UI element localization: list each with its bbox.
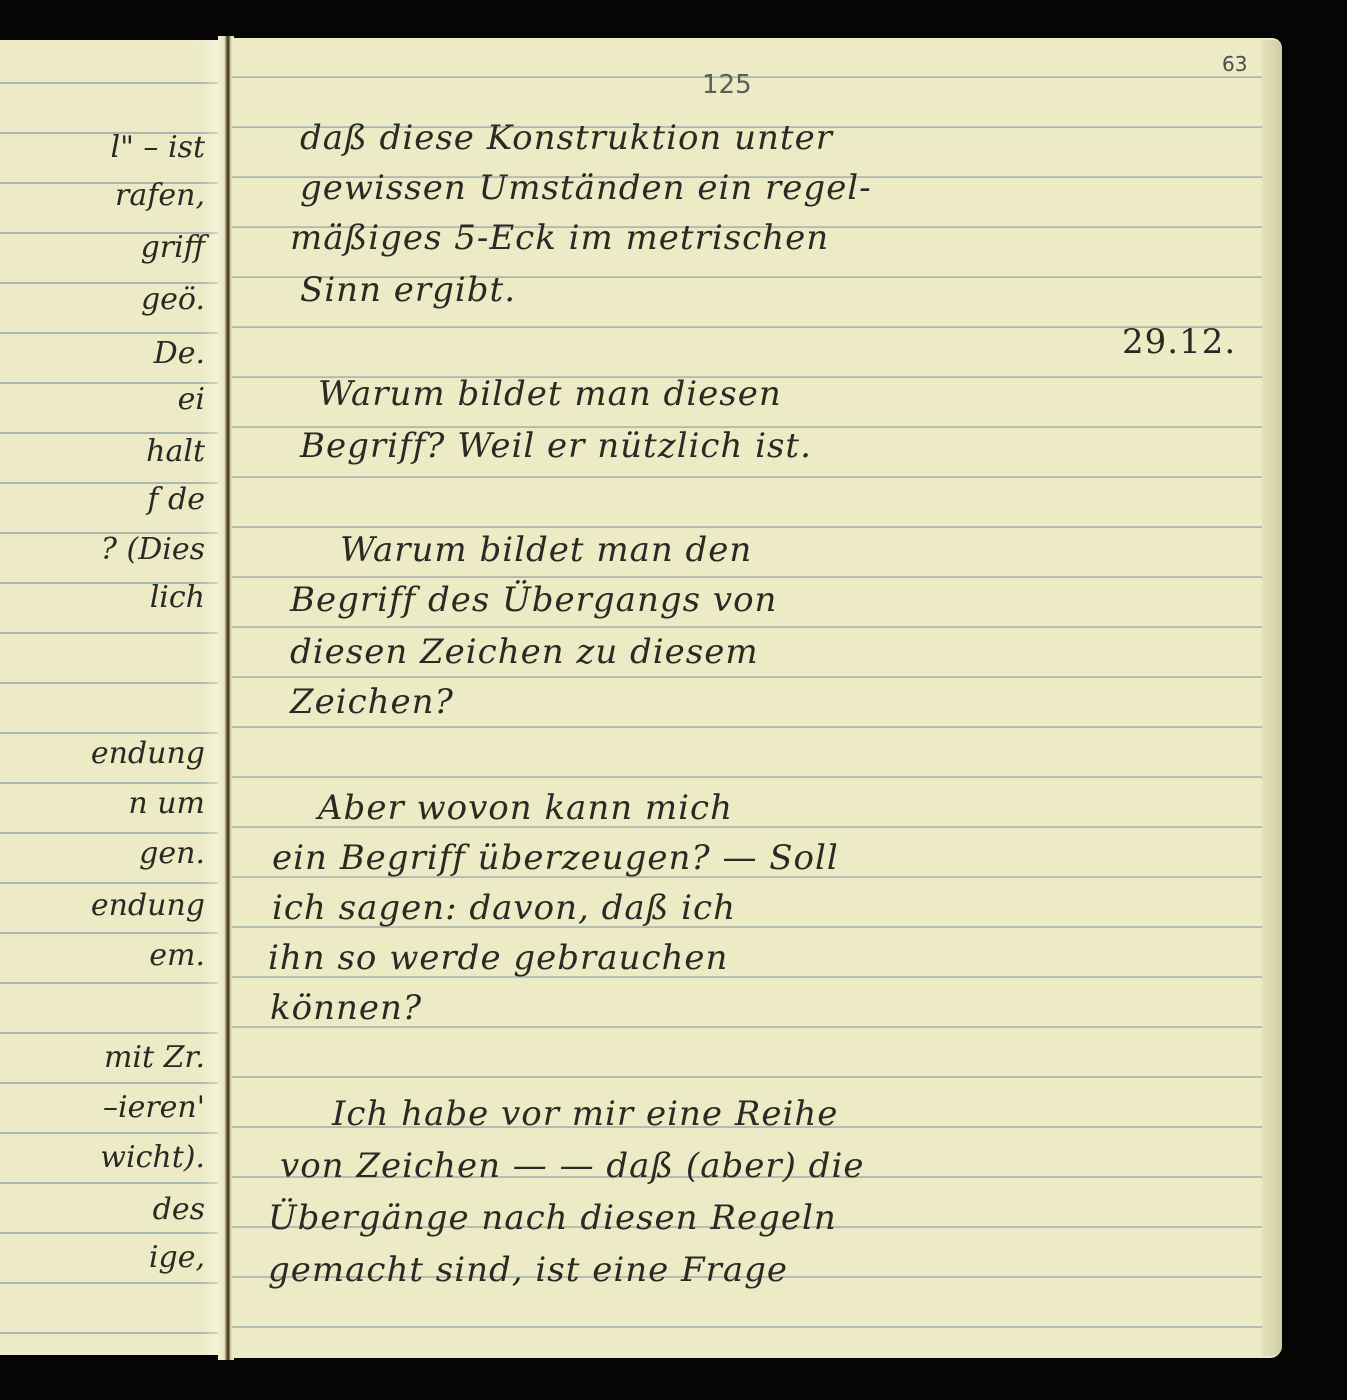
left-text-fragment: mit Zr. (104, 1040, 205, 1075)
left-text-fragment: wicht). (100, 1140, 205, 1175)
text-line: diesen Zeichen zu diesem (290, 632, 759, 672)
left-text-fragment: rafen, (115, 178, 205, 213)
left-text-fragment: ? (Dies (101, 532, 205, 567)
left-text-fragment: –ieren' (103, 1090, 205, 1125)
text-line: ihn so werde gebrauchen (268, 938, 728, 978)
text-line: können? (270, 988, 422, 1028)
left-text-fragment: f de (147, 482, 205, 517)
left-text-fragment: gen. (139, 836, 205, 871)
text-line: Warum bildet man diesen (318, 374, 782, 414)
text-line: Zeichen? (290, 682, 454, 722)
left-text-fragment: lich (150, 580, 205, 615)
entry-date: 29.12. (1122, 322, 1236, 362)
text-line: Begriff des Übergangs von (290, 580, 777, 620)
left-text-fragment: halt (146, 434, 205, 469)
text-line: mäßiges 5-Eck im metrischen (290, 218, 829, 258)
pencil-page-number: 125 (702, 70, 752, 100)
text-line: ein Begriff überzeugen? — Soll (272, 838, 839, 878)
text-line: gemacht sind, ist eine Frage (268, 1250, 788, 1290)
left-text-fragment: De. (154, 336, 205, 371)
text-line: ich sagen: davon, daß ich (272, 888, 736, 928)
left-text-fragment: ige, (149, 1240, 205, 1275)
page-number: 63 (1222, 52, 1247, 76)
left-text-fragment: ei (178, 382, 205, 417)
text-line: von Zeichen — — daß (aber) die (280, 1146, 864, 1186)
text-line: gewissen Umständen ein regel- (300, 168, 872, 208)
text-line: Warum bildet man den (340, 530, 752, 570)
page-edge (1262, 40, 1282, 1356)
text-line: daß diese Konstruktion unter (300, 118, 833, 158)
text-line: Begriff? Weil er nützlich ist. (300, 426, 812, 466)
text-line: Übergänge nach diesen Regeln (268, 1198, 837, 1238)
left-text-fragment: endung (91, 736, 205, 771)
left-text-fragment: l" – ist (110, 130, 205, 165)
left-text-fragment: endung (91, 888, 205, 923)
left-text-fragment: n um (128, 786, 205, 821)
text-line: Aber wovon kann mich (318, 788, 733, 828)
text-line: Sinn ergibt. (300, 270, 516, 310)
left-text-fragment: em. (149, 938, 205, 973)
text-line: Ich habe vor mir eine Reihe (332, 1094, 838, 1134)
left-text-fragment: des (153, 1192, 205, 1227)
left-text-fragment: geö. (141, 282, 205, 317)
left-text-fragment: griff (141, 230, 205, 265)
